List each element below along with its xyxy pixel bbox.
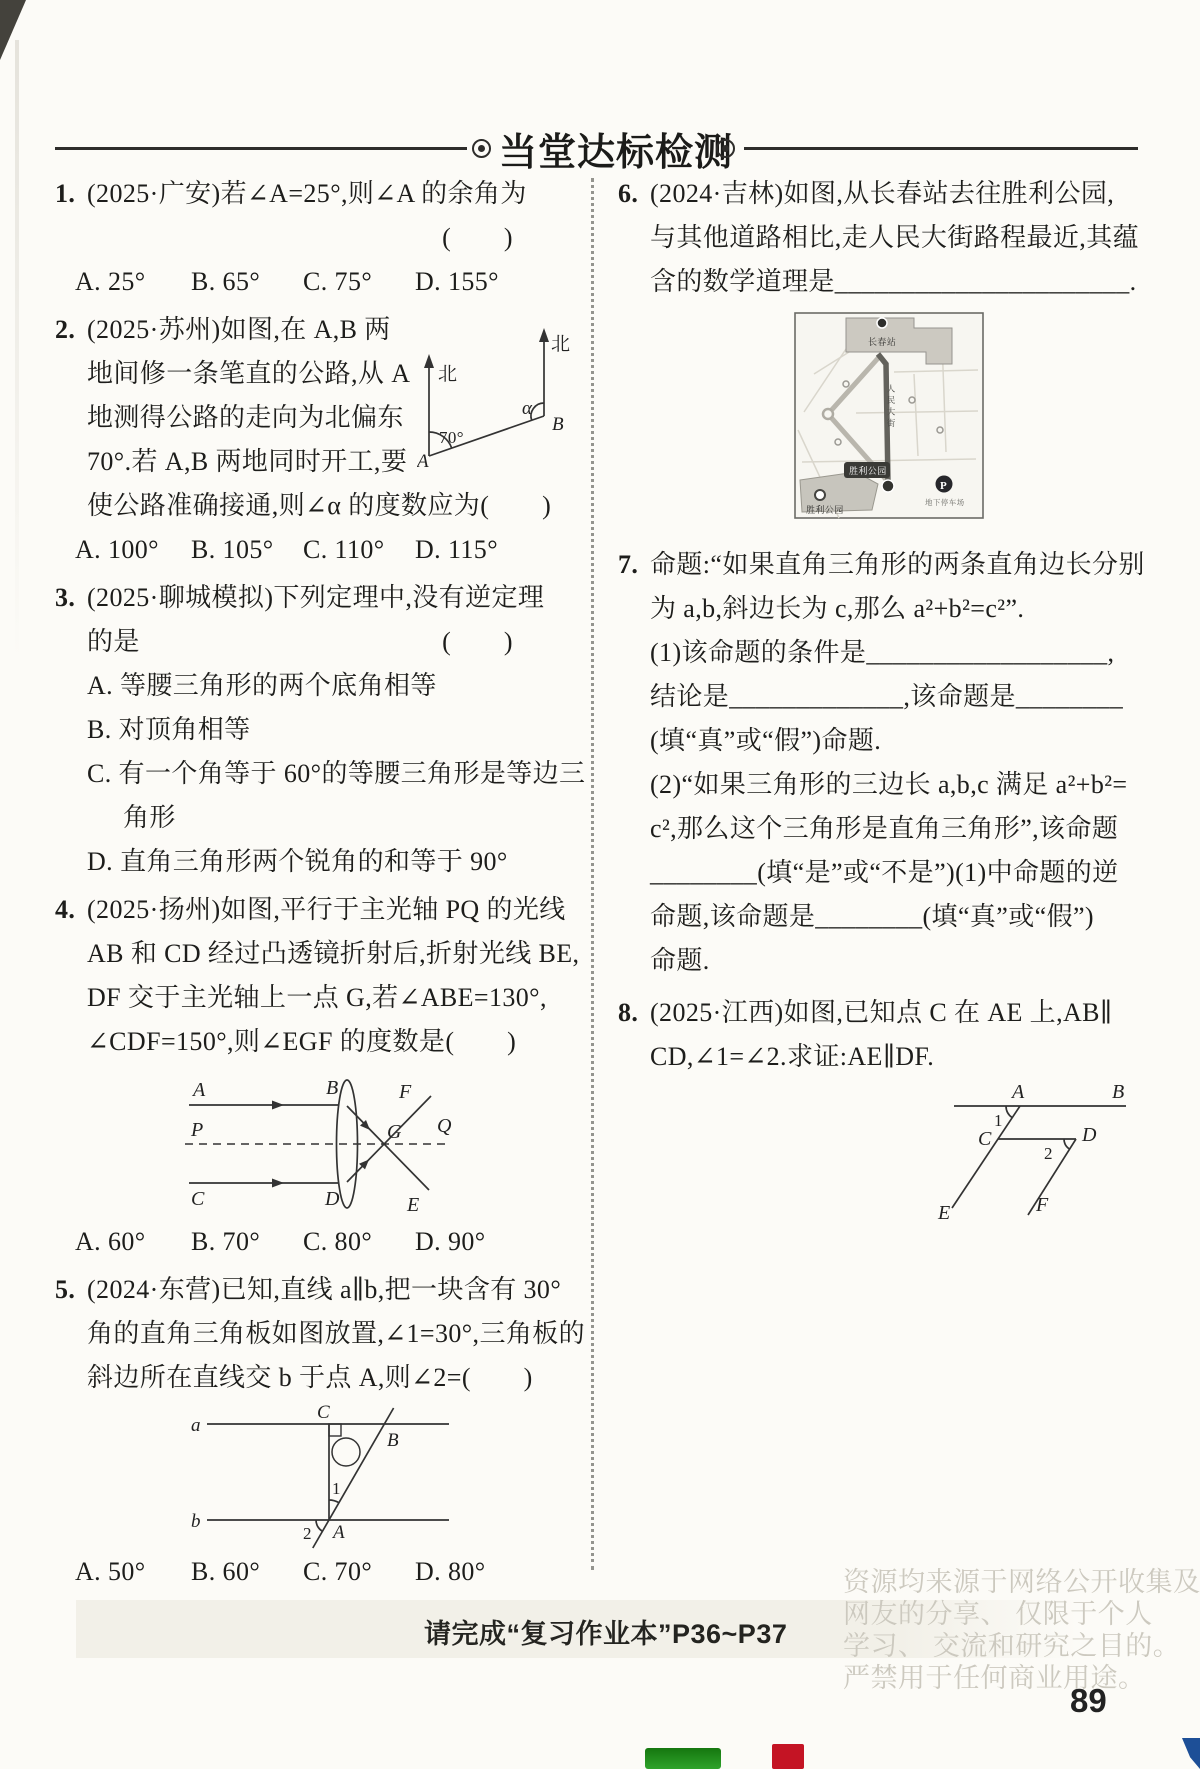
angle-1-label: 1 [332, 1479, 341, 1498]
parking-label: 地下停车场 [925, 497, 965, 507]
problem-line: 1. (2025·广安)若∠A=25°,则∠A 的余角为 [55, 172, 575, 216]
problem-line: 的是 ( ) [55, 620, 575, 664]
option-c-wrap: 角形 [55, 796, 575, 840]
angle-2-label: 2 [303, 1524, 312, 1543]
problem-text: 地测得公路的走向为北偏东 [55, 396, 417, 440]
problem-number: 6. [618, 172, 650, 216]
problem-line: 4. (2025·扬州)如图,平行于主光轴 PQ 的光线 [55, 888, 575, 932]
problem-text: (2)“如果三角形的三边长 a,b,c 满足 a²+b²= [618, 763, 1148, 807]
option-c: C. 有一个角等于 60°的等腰三角形是等边三 [55, 752, 575, 796]
page-number: 89 [1070, 1682, 1107, 1720]
problem-5: 5. (2024·东营)已知,直线 a∥b,把一块含有 30° 角的直角三角板如… [55, 1268, 575, 1594]
point-d-label: D [1081, 1124, 1097, 1146]
problem-text-with-blank: 命题,该命题是________(填“真”或“假”) [618, 895, 1148, 939]
north-label: 北 [551, 333, 570, 355]
option-d: D. 90° [415, 1220, 486, 1264]
problem-4: 4. (2025·扬州)如图,平行于主光轴 PQ 的光线 AB 和 CD 经过凸… [55, 888, 575, 1264]
problem-text: (2025·苏州)如图,在 A,B 两 [87, 308, 391, 352]
scan-corner-artifact [0, 0, 26, 60]
p5-triangle-diagram: a b C B 1 2 A [191, 1402, 461, 1550]
options-row: A. 25° B. 65° C. 75° D. 155° [55, 260, 575, 304]
north-label: 北 [438, 363, 457, 385]
problem-text-with-blank: 结论是_____________,该命题是________ [618, 675, 1148, 719]
problem-line: 使公路准确接通,则∠α 的度数应为 ( ) [55, 484, 575, 528]
left-column: 1. (2025·广安)若∠A=25°,则∠A 的余角为 ( ) A. 25° … [55, 172, 575, 1598]
problem-line: 3. (2025·聊城模拟)下列定理中,没有逆定理 [55, 576, 575, 620]
problem-number: 4. [55, 888, 87, 932]
park-label: 胜利公园 [806, 504, 844, 515]
problem-text: 的是 [87, 620, 140, 664]
answer-bracket: ( ) [480, 484, 551, 528]
problem-text-with-blank: ________(填“是”或“不是”)(1)中命题的逆 [618, 851, 1148, 895]
problem-text: 斜边所在直线交 b 于点 A,则∠2= [87, 1356, 462, 1400]
point-g-label: G [387, 1121, 402, 1143]
point-b-label: B [387, 1430, 399, 1451]
angle-70-label: 70° [439, 428, 464, 447]
point-f-label: F [398, 1081, 412, 1103]
problem-number: 3. [55, 576, 87, 620]
options-row: A. 50° B. 60° C. 70° D. 80° [55, 1550, 575, 1594]
diagram-block: a b C B 1 2 A [55, 1400, 575, 1550]
problem-line: 斜边所在直线交 b 于点 A,则∠2= ( ) [55, 1356, 575, 1400]
watermark-line: 网友的分享、 仅限于个人 [843, 1598, 1200, 1630]
problem-text: c²,那么这个三角形是直角三角形”,该命题 [618, 807, 1148, 851]
page-header: 当堂达标检测 [0, 126, 1200, 176]
point-a-label: A [1010, 1081, 1025, 1103]
point-e-label: E [937, 1202, 951, 1224]
problem-text: (2025·聊城模拟)下列定理中,没有逆定理 [87, 576, 544, 620]
watermark: 资源均来源于网络公开收集及 网友的分享、 仅限于个人 学习、 交流和研究之目的。… [843, 1566, 1200, 1694]
problem-text: 为 a,b,斜边长为 c,那么 a²+b²=c²”. [618, 587, 1148, 631]
p4-lens-diagram: A B P Q C D G F E [179, 1068, 459, 1218]
problem-7: 7. 命题:“如果直角三角形的两条直角边长分别 为 a,b,斜边长为 c,那么 … [618, 543, 1148, 983]
point-b-label: B [326, 1077, 339, 1099]
problem-number: 7. [618, 543, 650, 587]
problem-text: 与其他道路相比,走人民大街路程最近,其蕴 [618, 216, 1148, 260]
problem-line: ∠CDF=150°,则∠EGF 的度数是 ( ) [55, 1020, 575, 1064]
point-c-label: C [978, 1128, 992, 1150]
angle-2-label: 2 [1044, 1144, 1053, 1163]
option-b: B. 对顶角相等 [55, 708, 575, 752]
point-a-label: A [191, 1079, 206, 1101]
angle-1-label: 1 [994, 1111, 1003, 1130]
option-d: D. 115° [415, 528, 498, 572]
right-column: 6. (2024·吉林)如图,从长春站去往胜利公园, 与其他道路相比,走人民大街… [618, 172, 1148, 1235]
problem-text: ∠CDF=150°,则∠EGF 的度数是 [87, 1020, 445, 1064]
watermark-line: 严禁用于任何商业用途。 [843, 1662, 1200, 1694]
parking-icon-letter: P [940, 480, 947, 492]
problem-text: (填“真”或“假”)命题. [618, 719, 1148, 763]
p2-bearing-diagram: 北 北 70° α A B [417, 318, 572, 468]
option-b: B. 70° [191, 1220, 303, 1264]
problem-number: 2. [55, 308, 87, 352]
point-e-label: E [406, 1194, 420, 1216]
problem-number: 8. [618, 991, 650, 1035]
option-d: D. 80° [415, 1550, 486, 1594]
option-c: C. 75° [303, 260, 415, 304]
answer-bracket: ( ) [445, 1020, 516, 1064]
option-b: B. 65° [191, 260, 303, 304]
green-logo-mark [645, 1748, 721, 1769]
option-c: C. 70° [303, 1550, 415, 1594]
problem-line: 8. (2025·江西)如图,已知点 C 在 AE 上,AB∥ [618, 991, 1148, 1035]
problem-line: 7. 命题:“如果直角三角形的两条直角边长分别 [618, 543, 1148, 587]
point-f-label: F [1035, 1194, 1049, 1216]
option-c: C. 110° [303, 528, 415, 572]
park-gate-icon [815, 490, 825, 500]
answer-bracket: ( ) [55, 216, 575, 260]
problem-number: 1. [55, 172, 87, 216]
options-row: A. 100° B. 105° C. 110° D. 115° [55, 528, 575, 572]
header-rule-right [744, 147, 1138, 150]
red-logo-mark [772, 1744, 804, 1769]
point-b-label: B [1112, 1081, 1125, 1103]
problem-text-block: 2. (2025·苏州)如图,在 A,B 两 地间修一条笔直的公路,从 A 地测… [55, 308, 417, 484]
problem-text: 命题. [618, 939, 1148, 983]
option-a: A. 50° [75, 1550, 191, 1594]
problem-text: 使公路准确接通,则∠α 的度数应为 [87, 484, 480, 528]
blue-logo-mark [1182, 1738, 1200, 1769]
diagram-block: A B C D E F 1 2 [618, 1079, 1148, 1231]
station-icon [877, 318, 887, 328]
point-d-label: D [324, 1188, 340, 1210]
point-p-label: P [190, 1119, 204, 1141]
problem-text: DF 交于主光轴上一点 G,若∠ABE=130°, [55, 976, 575, 1020]
problem-text: CD,∠1=∠2.求证:AE∥DF. [618, 1035, 1148, 1079]
option-a: A. 25° [75, 260, 191, 304]
option-a: A. 60° [75, 1220, 191, 1264]
problem-text: AB 和 CD 经过凸透镜折射后,折射光线 BE, [55, 932, 575, 976]
problem-text-with-blank: (1)该命题的条件是__________________, [618, 631, 1148, 675]
header-rule-left [55, 147, 467, 150]
option-a: A. 100° [75, 528, 191, 572]
option-c: C. 80° [303, 1220, 415, 1264]
bullseye-ornament-icon [716, 139, 735, 158]
point-c-label: C [317, 1402, 330, 1423]
option-d: D. 155° [415, 260, 499, 304]
point-a-label: A [417, 451, 429, 468]
problem-8: 8. (2025·江西)如图,已知点 C 在 AE 上,AB∥ CD,∠1=∠2… [618, 991, 1148, 1231]
option-b: B. 60° [191, 1550, 303, 1594]
problem-2: 2. (2025·苏州)如图,在 A,B 两 地间修一条笔直的公路,从 A 地测… [55, 308, 575, 572]
problem-number: 5. [55, 1268, 87, 1312]
options-row: A. 60° B. 70° C. 80° D. 90° [55, 1220, 575, 1264]
problem-text: 70°.若 A,B 两地同时开工,要 [55, 440, 417, 484]
park-badge-label: 胜利公园 [849, 465, 887, 476]
footer-note: 请完成“复习作业本”P36~P37 [424, 1612, 787, 1651]
problem-text: (2024·吉林)如图,从长春站去往胜利公园, [650, 172, 1114, 216]
line-a-label: a [191, 1415, 201, 1436]
diagram-block: A B P Q C D G F E [55, 1064, 575, 1220]
page-title: 当堂达标检测 [499, 121, 733, 176]
point-c-label: C [191, 1188, 205, 1210]
route-turn-node [823, 409, 833, 419]
answer-bracket: ( ) [462, 1356, 533, 1400]
problem-line: 2. (2025·苏州)如图,在 A,B 两 [55, 308, 417, 352]
problem-text: (2025·广安)若∠A=25°,则∠A 的余角为 [87, 172, 527, 216]
watermark-line: 学习、 交流和研究之目的。 [843, 1630, 1200, 1662]
answer-bracket: ( ) [442, 620, 513, 664]
problem-text-with-blank: 含的数学道理是______________________. [618, 260, 1148, 304]
map-block: 长春站 人民大街 胜利公园 胜利公园 P 地下停车场 [618, 304, 1148, 539]
problem-text: (2025·扬州)如图,平行于主光轴 PQ 的光线 [87, 888, 566, 932]
problem-6: 6. (2024·吉林)如图,从长春站去往胜利公园, 与其他道路相比,走人民大街… [618, 172, 1148, 539]
arrowheads [424, 328, 549, 368]
option-a: A. 等腰三角形的两个底角相等 [55, 664, 575, 708]
p8-parallel-lines-diagram: A B C D E F 1 2 [936, 1081, 1146, 1231]
column-divider [591, 178, 594, 1570]
road-label: 人民大街 [886, 383, 896, 430]
option-d: D. 直角三角形两个锐角的和等于 90° [55, 840, 575, 884]
problem-1: 1. (2025·广安)若∠A=25°,则∠A 的余角为 ( ) A. 25° … [55, 172, 575, 304]
route-end-node [882, 480, 894, 492]
option-b: B. 105° [191, 528, 303, 572]
point-a-label: A [331, 1522, 345, 1543]
problem-text: 角的直角三角板如图放置,∠1=30°,三角板的 [55, 1312, 575, 1356]
p6-city-map: 长春站 人民大街 胜利公园 胜利公园 P 地下停车场 [794, 312, 984, 519]
problem-line: 5. (2024·东营)已知,直线 a∥b,把一块含有 30° [55, 1268, 575, 1312]
problem-line: 6. (2024·吉林)如图,从长春站去往胜利公园, [618, 172, 1148, 216]
problem-body: 2. (2025·苏州)如图,在 A,B 两 地间修一条笔直的公路,从 A 地测… [55, 308, 575, 484]
problem-text: 命题:“如果直角三角形的两条直角边长分别 [650, 543, 1145, 587]
line-b-label: b [191, 1511, 201, 1532]
alpha-label: α [522, 398, 533, 419]
problem-text: 地间修一条笔直的公路,从 A [55, 352, 417, 396]
station-label: 长春站 [868, 336, 896, 347]
bullseye-ornament-icon [472, 139, 491, 158]
problem-3: 3. (2025·聊城模拟)下列定理中,没有逆定理 的是 ( ) A. 等腰三角… [55, 576, 575, 884]
problem-text: (2025·江西)如图,已知点 C 在 AE 上,AB∥ [650, 991, 1112, 1035]
point-b-label: B [552, 414, 564, 435]
diagram-lines [207, 1408, 449, 1548]
problem-text: (2024·东营)已知,直线 a∥b,把一块含有 30° [87, 1268, 561, 1312]
point-q-label: Q [437, 1115, 452, 1137]
watermark-line: 资源均来源于网络公开收集及 [843, 1566, 1200, 1598]
